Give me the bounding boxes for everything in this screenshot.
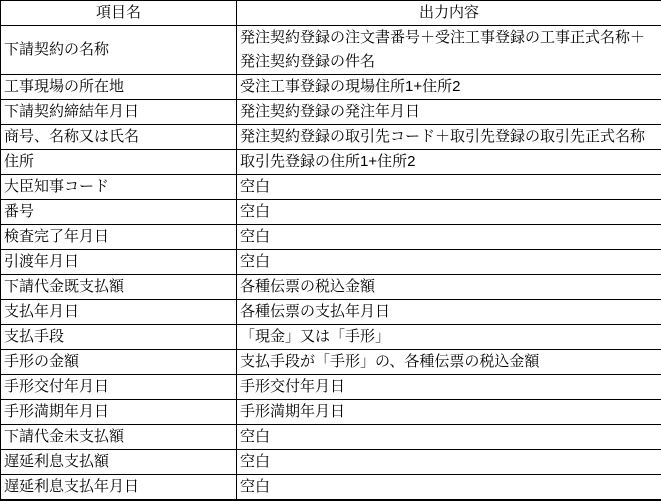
cell-item: 下請契約の名称 [1, 26, 237, 75]
column-header-output: 出力内容 [237, 1, 661, 26]
cell-item: 下請代金未支払額 [1, 425, 237, 450]
column-header-item: 項目名 [1, 1, 237, 26]
table-row: 引渡年月日空白 [1, 250, 661, 275]
output-mapping-table: 項目名 出力内容 下請契約の名称発注契約登録の注文書番号＋受注工事登録の工事正式… [0, 0, 661, 501]
cell-output: 各種伝票の支払年月日 [237, 300, 661, 325]
cell-item: 支払手段 [1, 325, 237, 350]
cell-item: 支払年月日 [1, 300, 237, 325]
table-row: 大臣知事コード空白 [1, 175, 661, 200]
table-body: 下請契約の名称発注契約登録の注文書番号＋受注工事登録の工事正式名称＋ 発注契約登… [1, 26, 661, 501]
cell-item: 手形交付年月日 [1, 375, 237, 400]
table-row: 手形の金額支払手段が「手形」の、各種伝票の税込金額 [1, 350, 661, 375]
cell-output: 手形交付年月日 [237, 375, 661, 400]
table-row: 検査完了年月日空白 [1, 225, 661, 250]
cell-item: 大臣知事コード [1, 175, 237, 200]
cell-output: 空白 [237, 225, 661, 250]
table-row: 工事現場の所在地受注工事登録の現場住所1+住所2 [1, 75, 661, 100]
cell-output: 手形満期年月日 [237, 400, 661, 425]
table-row: 支払手段「現金」又は「手形」 [1, 325, 661, 350]
cell-item: 商号、名称又は氏名 [1, 125, 237, 150]
cell-output: 発注契約登録の発注年月日 [237, 100, 661, 125]
cell-item: 下請代金既支払額 [1, 275, 237, 300]
cell-item: 下請契約締結年月日 [1, 100, 237, 125]
table-row: 商号、名称又は氏名発注契約登録の取引先コード＋取引先登録の取引先正式名称 [1, 125, 661, 150]
cell-output: 空白 [237, 175, 661, 200]
cell-item: 番号 [1, 200, 237, 225]
cell-output: 取引先登録の住所1+住所2 [237, 150, 661, 175]
table-row: 下請代金未支払額空白 [1, 425, 661, 450]
cell-item: 遅延利息支払額 [1, 450, 237, 475]
table-row: 手形交付年月日手形交付年月日 [1, 375, 661, 400]
cell-output: 空白 [237, 200, 661, 225]
cell-output: 空白 [237, 450, 661, 475]
cell-output: 各種伝票の税込金額 [237, 275, 661, 300]
cell-item: 検査完了年月日 [1, 225, 237, 250]
table-row: 番号空白 [1, 200, 661, 225]
cell-output: 「現金」又は「手形」 [237, 325, 661, 350]
cell-output: 支払手段が「手形」の、各種伝票の税込金額 [237, 350, 661, 375]
document-page: 項目名 出力内容 下請契約の名称発注契約登録の注文書番号＋受注工事登録の工事正式… [0, 0, 661, 501]
cell-item: 引渡年月日 [1, 250, 237, 275]
table-row: 下請契約締結年月日発注契約登録の発注年月日 [1, 100, 661, 125]
cell-item: 手形の金額 [1, 350, 237, 375]
cell-item: 住所 [1, 150, 237, 175]
cell-item: 遅延利息支払年月日 [1, 475, 237, 501]
table-row: 手形満期年月日手形満期年月日 [1, 400, 661, 425]
cell-output: 発注契約登録の取引先コード＋取引先登録の取引先正式名称 [237, 125, 661, 150]
cell-output: 発注契約登録の注文書番号＋受注工事登録の工事正式名称＋ 発注契約登録の件名 [237, 26, 661, 75]
table-row: 遅延利息支払年月日空白 [1, 475, 661, 501]
cell-output: 空白 [237, 425, 661, 450]
cell-output: 受注工事登録の現場住所1+住所2 [237, 75, 661, 100]
cell-item: 手形満期年月日 [1, 400, 237, 425]
table-row: 下請契約の名称発注契約登録の注文書番号＋受注工事登録の工事正式名称＋ 発注契約登… [1, 26, 661, 75]
cell-output: 空白 [237, 250, 661, 275]
table-row: 下請代金既支払額各種伝票の税込金額 [1, 275, 661, 300]
table-row: 住所取引先登録の住所1+住所2 [1, 150, 661, 175]
cell-item: 工事現場の所在地 [1, 75, 237, 100]
table-row: 支払年月日各種伝票の支払年月日 [1, 300, 661, 325]
table-row: 遅延利息支払額空白 [1, 450, 661, 475]
cell-output: 空白 [237, 475, 661, 501]
header-row: 項目名 出力内容 [1, 1, 661, 26]
